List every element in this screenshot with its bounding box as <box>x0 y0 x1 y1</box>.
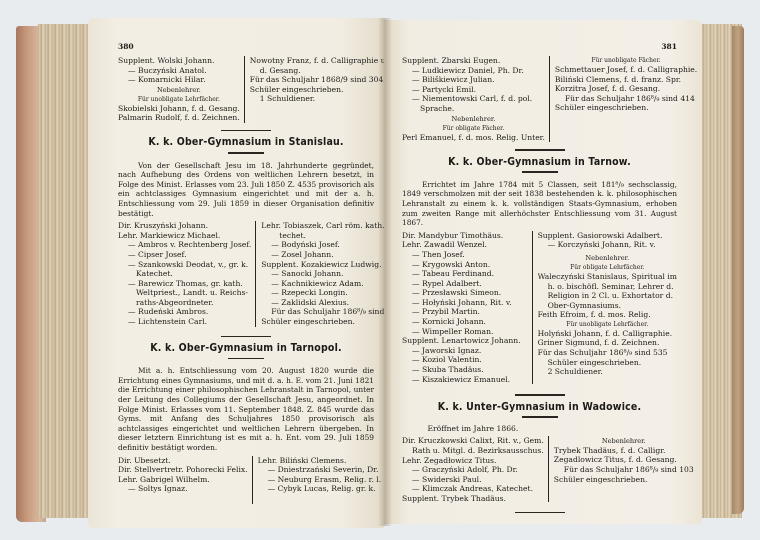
staff-line: Nowotny Franz, f. d. Calligraphie u. <box>250 56 384 66</box>
staff-line: Griner Sigmund, f. d. Zeichnen. <box>538 338 677 348</box>
divider-rule <box>515 149 565 151</box>
staff-line: — Dniestrzański Severin, Dr. <box>258 465 382 475</box>
divider-rule <box>228 152 264 154</box>
right-page-content: 381 Supplent. Zbarski Eugen. — Ludkiewic… <box>402 42 677 520</box>
staff-line: Feith Efroim, f. d. mos. Relig. <box>538 310 677 320</box>
staff-line: — Rzepecki Longin. <box>261 288 384 298</box>
staff-line: 2 Schuldiener. <box>538 367 677 377</box>
staff-line: Schmettauer Josef, f. d. Calligraphie. <box>555 65 697 75</box>
staff-line: Supplent. Trybek Thadäus. <box>402 494 544 504</box>
enrollment-line: Schüler eingeschrieben. <box>250 85 384 95</box>
section-label: Nebenlehrer. <box>402 114 545 124</box>
paragraph-text: Von der Gesellschaft Jesu im 18. Jahrhun… <box>118 161 374 218</box>
right-page: 381 Supplent. Zbarski Eugen. — Ludkiewic… <box>384 20 702 524</box>
section-label: Nebenlehrer. <box>118 85 240 95</box>
staff-line: — Ambros v. Rechtenberg Josef. <box>118 240 251 250</box>
staff-line: — Kachnikiewicz Adam. <box>261 279 384 289</box>
section-label: Für obligate Fächer. <box>402 124 545 133</box>
staff-line: — Buczyński Anatol. <box>118 66 240 76</box>
staff-line: — Tabeau Ferdinand. <box>402 269 528 279</box>
staff-line: — Cipser Josef. <box>118 250 251 260</box>
staff-line: — Cybyk Lucas, Relig. gr. k. <box>258 484 382 494</box>
enrollment-line: Schüler eingeschrieben. <box>555 103 697 113</box>
divider-rule <box>522 416 558 418</box>
staff-line: Sprache. <box>402 104 545 114</box>
staff-line: — Sanocki Johann. <box>261 269 384 279</box>
staff-line: d. Gesang. <box>250 66 384 76</box>
section-label: Für unobligate Lehrfächer. <box>118 95 240 104</box>
history-paragraph: Von der Gesellschaft Jesu im 18. Jahrhun… <box>118 161 374 219</box>
enrollment-line: Schüler eingeschrieben. <box>538 358 677 368</box>
staff-line: — Soltys Ignaz. <box>118 484 248 494</box>
tarnow-staff: Dir. Mandybur Timothäus. Lehr. Zawadil W… <box>402 231 677 385</box>
page-number: 381 <box>402 42 677 56</box>
staff-line: Skobielski Johann, f. d. Gesang. <box>118 104 240 114</box>
staff-line: Katechet. <box>118 269 251 279</box>
staff-line: — Partycki Emil. <box>402 85 545 95</box>
staff-line: Supplent. Wolski Johann. <box>118 56 240 66</box>
staff-line: — Jaworski Ignaz. <box>402 346 528 356</box>
top-staff-block: Supplent. Wolski Johann. — Buczyński Ana… <box>118 56 374 123</box>
staff-line: Zegadlowicz Titus, f. d. Gesang. <box>554 455 694 465</box>
staff-line: Dir. Kruczkowski Calixt, Rit. v., Gem. <box>402 436 544 446</box>
staff-line: Lehr. Zawadil Wenzel. <box>402 240 528 250</box>
section-title-stanislau: K. k. Ober-Gymnasium in Stanislau. <box>131 138 361 148</box>
staff-line: — Wimpeller Roman. <box>402 327 528 337</box>
divider-rule <box>515 512 565 514</box>
divider-rule <box>522 171 558 173</box>
stanislau-staff: Dir. Kruszyński Johann. Lehr. Markiewicz… <box>118 221 374 327</box>
staff-line: Supplent. Kozakiewicz Ludwig. <box>261 260 384 270</box>
staff-line: — Neuburg Erasm, Relig. r. l. <box>258 475 382 485</box>
enrollment-line: Schüler eingeschrieben. <box>261 317 384 327</box>
staff-line: Supplent. Lenartowicz Johann. <box>402 336 528 346</box>
history-paragraph: Mit a. h. Entschliessung vom 20. August … <box>118 366 374 452</box>
staff-line: — Swiderski Paul. <box>402 475 544 485</box>
staff-line: h. o. bischöfl. Seminar, Lehrer d. <box>538 282 677 292</box>
staff-line: — Komarnicki Hilar. <box>118 75 240 85</box>
paragraph-text: Errichtet im Jahre 1784 mit 5 Classen, s… <box>402 180 677 227</box>
staff-line: Korzitra Josef, f. d. Gesang. <box>555 84 697 94</box>
enrollment-line: Für das Schuljahr 186⁸/₉ sind 400 <box>261 307 384 317</box>
staff-line: — Hołyński Johann, Rit. v. <box>402 298 528 308</box>
section-label: Für obligate Lehrfächer. <box>538 263 677 272</box>
divider-rule <box>515 394 565 396</box>
staff-line: — Rudeński Ambros. <box>118 307 251 317</box>
staff-line: — Przybil Martin. <box>402 307 528 317</box>
enrollment-line: Schüler eingeschrieben. <box>554 475 694 485</box>
staff-line: Perl Emanuel, f. d. mos. Relig. Unter. <box>402 133 545 143</box>
staff-line: Dir. Ubesetzt. <box>118 456 248 466</box>
left-page: 380 Supplent. Wolski Johann. — Buczyński… <box>88 18 384 528</box>
staff-line: Weltpriest., Landt. u. Reichs- <box>118 288 251 298</box>
section-label: Nebenlehrer. <box>538 253 677 263</box>
staff-line: Ober-Gymnasiums. <box>538 301 677 311</box>
left-page-content: 380 Supplent. Wolski Johann. — Buczyński… <box>118 42 374 504</box>
staff-line: — Szankowski Deodat, v., gr. k. <box>118 260 251 270</box>
staff-line: Biliński Clemens, f. d. franz. Spr. <box>555 75 697 85</box>
staff-line: Dir. Kruszyński Johann. <box>118 221 251 231</box>
staff-line: Dir. Mandybur Timothäus. <box>402 231 528 241</box>
staff-line: Supplent. Gasiorowski Adalbert. <box>538 231 677 241</box>
section-title-wadowice: K. k. Unter-Gymnasium in Wadowice. <box>416 403 664 413</box>
divider-rule <box>221 336 271 338</box>
section-label: Nebenlehrer. <box>554 436 694 446</box>
staff-line: — Ludkiewicz Daniel, Ph. Dr. <box>402 66 545 76</box>
staff-line: — Niementowski Carl, f. d. pol. <box>402 94 545 104</box>
staff-line: Lehr. Markiewicz Michael. <box>118 231 251 241</box>
staff-line: — Krygowski Anton. <box>402 260 528 270</box>
staff-line: — Zosel Johann. <box>261 250 384 260</box>
divider-rule <box>221 130 271 132</box>
enrollment-line: Für das Schuljahr 1868/9 sind 304 <box>250 75 384 85</box>
staff-line: Rath u. Mitgl. d. Bezirksausschus. <box>402 446 544 456</box>
staff-line: — Graczyński Adolf, Ph. Dr. <box>402 465 544 475</box>
staff-line: Holyński Johann, f. d. Calligraphie. <box>538 329 677 339</box>
top-staff-block: Supplent. Zbarski Eugen. — Ludkiewicz Da… <box>402 56 677 142</box>
staff-line: Palmarin Rudolf, f. d. Zeichnen. <box>118 113 240 123</box>
staff-line: Dir. Stellvertretr. Pohorecki Felix. <box>118 465 248 475</box>
staff-line: — Skuba Thadäus. <box>402 365 528 375</box>
staff-line: Lehr. Tobiaszek, Carl röm. kath. Ka- <box>261 221 384 231</box>
staff-line: — Biliškiewicz Julian. <box>402 75 545 85</box>
opened-year: Eröffnet im Jahre 1866. <box>402 424 544 434</box>
staff-line: Trybek Thadäus, f. d. Calligr. <box>554 446 694 456</box>
history-paragraph: Errichtet im Jahre 1784 mit 5 Classen, s… <box>402 180 677 228</box>
section-title-tarnopol: K. k. Ober-Gymnasium in Tarnopol. <box>131 344 361 354</box>
staff-line: raths-Abgeordneter. <box>118 298 251 308</box>
staff-line: Lehr. Biliński Clemens. <box>258 456 382 466</box>
staff-line: Supplent. Zbarski Eugen. <box>402 56 545 66</box>
staff-line: — Rypel Adalbert. <box>402 279 528 289</box>
book-gutter <box>378 18 392 526</box>
staff-line: 1 Schuldiener. <box>250 94 384 104</box>
enrollment-line: Für das Schuljahr 186⁸/₉ sind 103 <box>554 465 694 475</box>
wadowice-staff: Eröffnet im Jahre 1866. Dir. Kruczkowski… <box>402 424 677 504</box>
paragraph-text: Mit a. h. Entschliessung vom 20. August … <box>118 366 374 452</box>
staff-line: — Barewicz Thomas, gr. kath. <box>118 279 251 289</box>
section-title-tarnow: K. k. Ober-Gymnasium in Tarnow. <box>416 158 664 168</box>
enrollment-line: Für das Schuljahr 186⁸/₉ sind 414 <box>555 94 697 104</box>
staff-line: techet. <box>261 231 384 241</box>
staff-line: Lehr. Gabrigel Wilhelm. <box>118 475 248 485</box>
staff-line: — Bodyński Josef. <box>261 240 384 250</box>
page-number: 380 <box>118 42 374 56</box>
staff-line: — Kiszakiewicz Emanuel. <box>402 375 528 385</box>
staff-line: — Zaklidski Alexius. <box>261 298 384 308</box>
staff-line: — Korczyński Johann, Rit. v. <box>538 240 677 250</box>
staff-line: Lehr. Zegadłowicz Titus. <box>402 456 544 466</box>
staff-line: — Klimczak Andreas, Katechet. <box>402 484 544 494</box>
staff-line: — Koziol Valentin. <box>402 355 528 365</box>
section-label: Für unobligate Lehrfächer. <box>538 320 677 329</box>
tarnopol-staff: Dir. Ubesetzt. Dir. Stellvertretr. Pohor… <box>118 456 374 504</box>
book-cover-right <box>732 26 744 514</box>
staff-line: — Kornicki Johann. <box>402 317 528 327</box>
staff-line: Religion in 2 Cl. u. Exhortator d. <box>538 291 677 301</box>
divider-rule <box>228 358 264 360</box>
staff-line: Waleczyński Stanislaus, Spiritual im <box>538 272 677 282</box>
section-label: Für unobligate Fächer. <box>555 56 697 65</box>
enrollment-line: Für das Schuljahr 186⁸/₉ sind 535 <box>538 348 677 358</box>
staff-line: — Then Josef. <box>402 250 528 260</box>
staff-line: — Lichtenstein Carl. <box>118 317 251 327</box>
staff-line: — Przesławski Simeon. <box>402 288 528 298</box>
